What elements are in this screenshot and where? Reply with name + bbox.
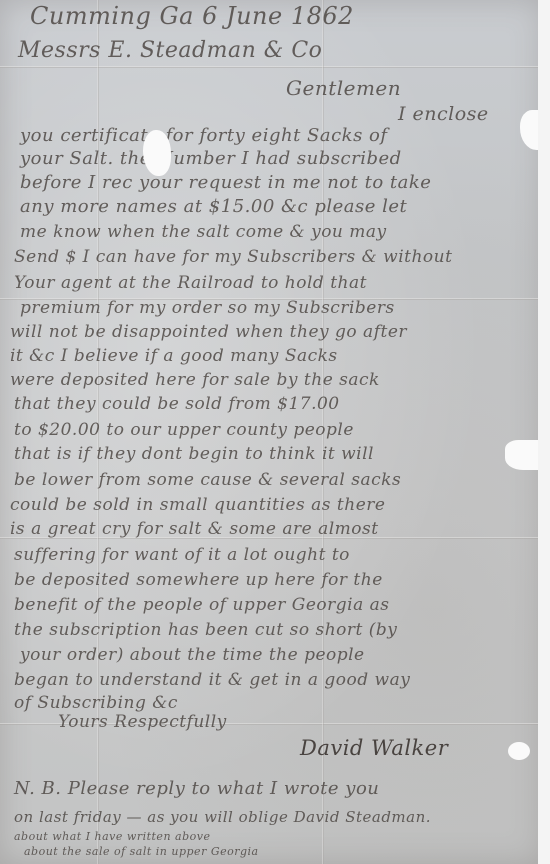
body-line: any more names at $15.00 &c please let — [20, 196, 407, 217]
body-line: benefit of the people of upper Georgia a… — [14, 595, 390, 615]
letter-signature: David Walker — [300, 736, 448, 760]
body-line: Your agent at the Railroad to hold that — [14, 273, 367, 293]
body-line: that they could be sold from $17.00 — [14, 394, 340, 414]
postscript-line: about the sale of salt in upper Georgia — [24, 845, 259, 858]
body-line: will not be disappointed when they go af… — [10, 322, 407, 342]
letter-page: Cumming Ga 6 June 1862 Messrs E. Steadma… — [0, 0, 542, 864]
body-line: be lower from some cause & several sacks — [14, 470, 401, 490]
body-line: premium for my order so my Subscribers — [20, 298, 395, 318]
postscript-line: on last friday — as you will oblige Davi… — [14, 808, 431, 826]
letter-place-date: Cumming Ga 6 June 1862 — [30, 2, 354, 30]
body-line: your Salt. the Number I had subscribed — [20, 148, 402, 169]
body-line: the subscription has been cut so short (… — [14, 620, 397, 640]
postscript-line: about what I have written above — [14, 830, 210, 843]
letter-salutation: Gentlemen — [286, 76, 401, 100]
body-line: Send $ I can have for my Subscribers & w… — [14, 247, 452, 267]
body-line: that is if they dont begin to think it w… — [14, 444, 374, 464]
letter-addressee: Messrs E. Steadman & Co — [18, 38, 322, 63]
body-line: could be sold in small quantities as the… — [10, 495, 385, 515]
body-line: I enclose — [398, 103, 489, 125]
paper-hole — [508, 742, 530, 760]
body-line: were deposited here for sale by the sack — [10, 370, 380, 390]
page-margin — [538, 0, 550, 864]
body-line: you certificate for forty eight Sacks of — [20, 125, 388, 146]
body-line: be deposited somewhere up here for the — [14, 570, 383, 590]
body-line: to $20.00 to our upper county people — [14, 420, 354, 440]
body-line: of Subscribing &c — [14, 693, 178, 713]
body-line: began to understand it & get in a good w… — [14, 670, 410, 690]
postscript-line: N. B. Please reply to what I wrote you — [14, 778, 379, 799]
body-line: me know when the salt come & you may — [20, 222, 387, 242]
body-line: your order) about the time the people — [20, 645, 365, 665]
body-line: suffering for want of it a lot ought to — [14, 545, 350, 565]
paper-hole — [143, 130, 171, 176]
body-line: it &c I believe if a good many Sacks — [10, 346, 338, 366]
body-line: before I rec your request in me not to t… — [20, 172, 431, 193]
fold-line — [0, 66, 542, 68]
letter-closing: Yours Respectfully — [58, 712, 227, 732]
body-line: is a great cry for salt & some are almos… — [10, 519, 379, 539]
